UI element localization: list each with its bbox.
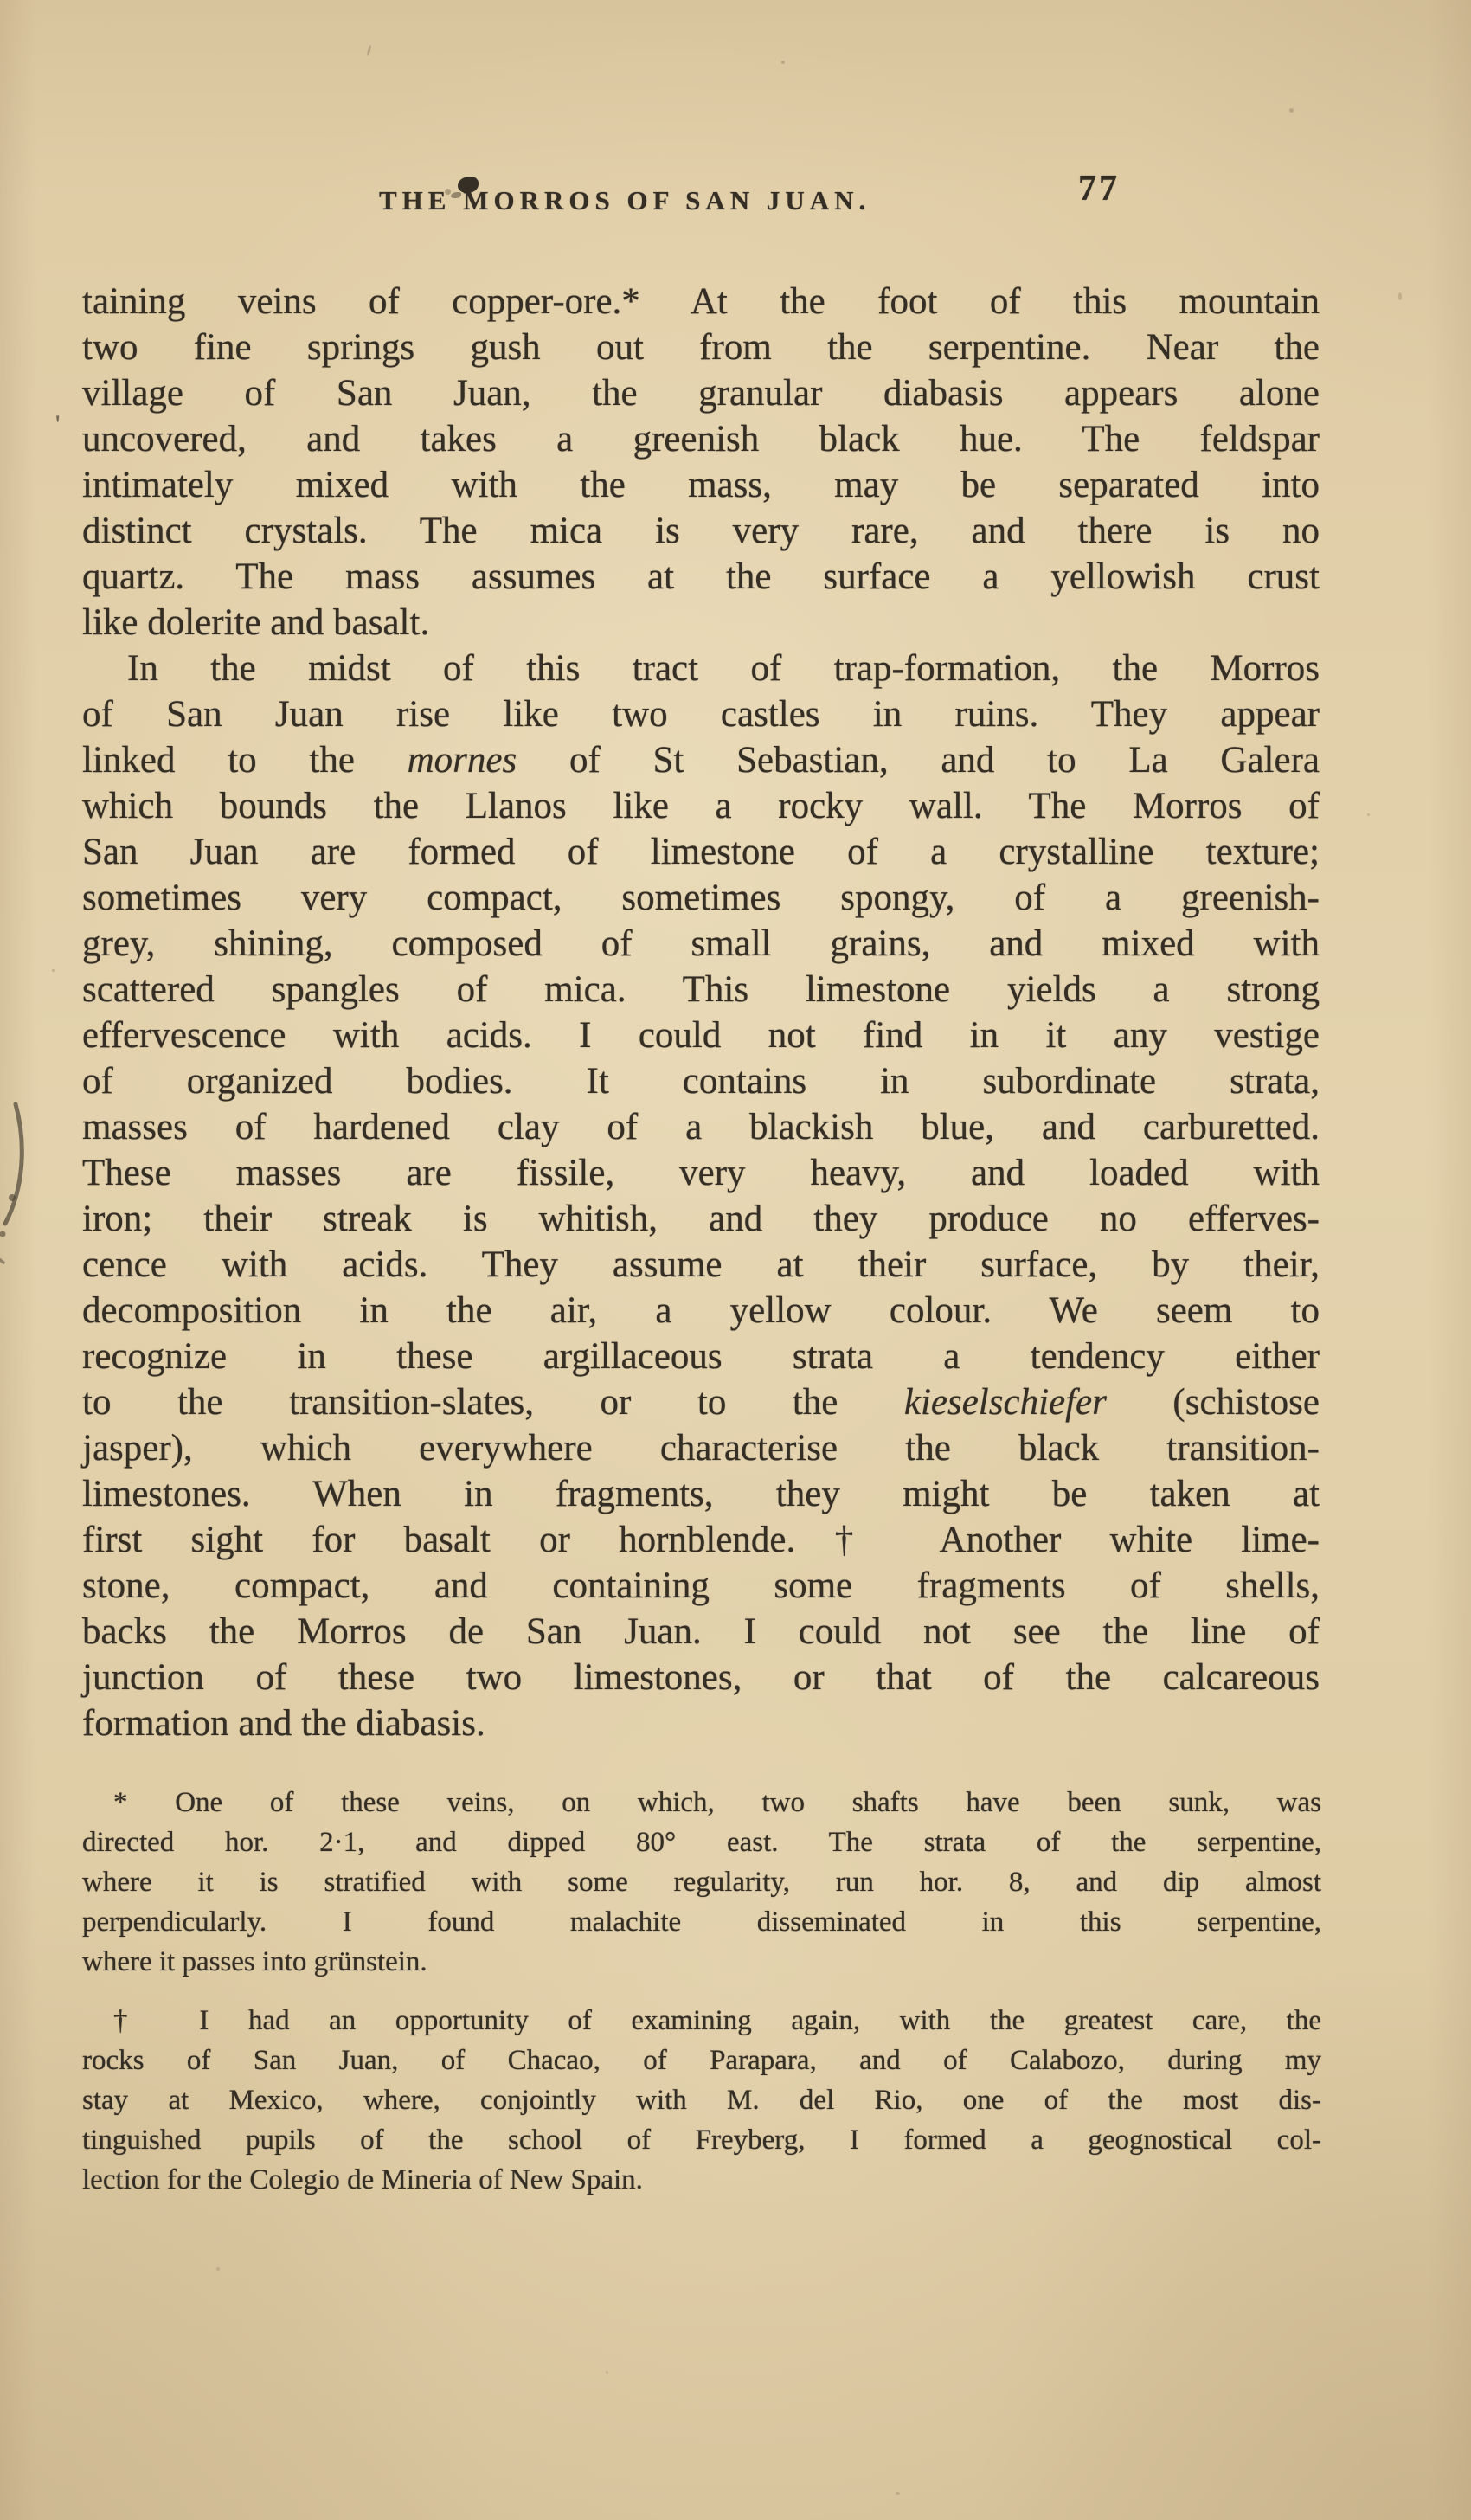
text-line: stone, compact, and containing some frag… xyxy=(82,1563,1320,1609)
main-text: taining veins of copper-ore.* At the foo… xyxy=(82,279,1320,1746)
text-line: decomposition in the air, a yellow colou… xyxy=(82,1288,1320,1334)
text-line: perpendicularly. I found malachite disse… xyxy=(82,1902,1321,1942)
text-line: which bounds the Llanos like a rocky wal… xyxy=(82,783,1320,829)
text-line: to the transition-slates, or to the kies… xyxy=(82,1379,1320,1425)
text-line: distinct crystals. The mica is very rare… xyxy=(82,508,1320,554)
paper-speck xyxy=(781,61,785,64)
paper-speck xyxy=(606,2371,608,2374)
text-line: tinguished pupils of the school of Freyb… xyxy=(82,2120,1321,2160)
text-line: backs the Morros de San Juan. I could no… xyxy=(82,1609,1320,1655)
footnote-dagger: † I had an opportunity of examining agai… xyxy=(82,2001,1321,2200)
text-line: masses of hardened clay of a blackish bl… xyxy=(82,1104,1320,1150)
text-line: linked to the mornes of St Sebastian, an… xyxy=(82,737,1320,783)
text-line: jasper), which everywhere characterise t… xyxy=(82,1425,1320,1471)
paper-speck xyxy=(445,189,451,195)
text-line: scattered spangles of mica. This limesto… xyxy=(82,967,1320,1012)
paper-speck xyxy=(1289,108,1294,112)
paper-speck xyxy=(216,2267,220,2271)
text-line: uncovered, and takes a greenish black hu… xyxy=(82,416,1320,462)
footnote-asterisk: * One of these veins, on which, two shaf… xyxy=(82,1783,1321,1982)
paper-speck xyxy=(1398,292,1402,300)
paper-speck xyxy=(366,45,371,56)
text-line: stay at Mexico, where, conjointly with M… xyxy=(82,2080,1321,2120)
text-line: † I had an opportunity of examining agai… xyxy=(82,2001,1321,2041)
paragraph-morros: In the midst of this tract of trap-forma… xyxy=(82,646,1320,1746)
paper-speck xyxy=(896,2492,900,2495)
text-line: iron; their streak is whitish, and they … xyxy=(82,1196,1320,1242)
text-line: of organized bodies. It contains in subo… xyxy=(82,1058,1320,1104)
text-line: cence with acids. They assume at their s… xyxy=(82,1242,1320,1288)
text-line: formation and the diabasis. xyxy=(82,1700,1320,1746)
text-line: limestones. When in fragments, they migh… xyxy=(82,1471,1320,1517)
text-line: sometimes very compact, sometimes spongy… xyxy=(82,875,1320,921)
book-page: THE MORROS OF SAN JUAN. 77 taining veins… xyxy=(0,0,1471,2520)
text-line: village of San Juan, the granular diabas… xyxy=(82,370,1320,416)
footnotes-section: * One of these veins, on which, two shaf… xyxy=(82,1783,1321,2200)
stray-ink-mark: ' xyxy=(55,410,60,440)
text-line: rocks of San Juan, of Chacao, of Parapar… xyxy=(82,2041,1321,2080)
text-line: grey, shining, composed of small grains,… xyxy=(82,921,1320,967)
text-line: first sight for basalt or hornblende.† A… xyxy=(82,1517,1320,1563)
text-line: where it is stratified with some regular… xyxy=(82,1862,1321,1902)
text-line: San Juan are formed of limestone of a cr… xyxy=(82,829,1320,875)
page-number: 77 xyxy=(1078,168,1120,209)
paper-speck xyxy=(1367,813,1370,816)
text-line: where it passes into grünstein. xyxy=(82,1942,1321,1982)
paper-speck xyxy=(52,969,55,972)
paragraph-continuation: taining veins of copper-ore.* At the foo… xyxy=(82,279,1320,646)
text-line: intimately mixed with the mass, may be s… xyxy=(82,462,1320,508)
text-line: In the midst of this tract of trap-forma… xyxy=(82,646,1320,691)
text-line: like dolerite and basalt. xyxy=(82,600,1320,646)
text-line: junction of these two limestones, or tha… xyxy=(82,1655,1320,1700)
text-line: of San Juan rise like two castles in rui… xyxy=(82,691,1320,737)
text-line: recognize in these argillaceous strata a… xyxy=(82,1334,1320,1379)
text-line: * One of these veins, on which, two shaf… xyxy=(82,1783,1321,1822)
text-line: lection for the Colegio de Mineria of Ne… xyxy=(82,2160,1321,2200)
text-line: effervescence with acids. I could not fi… xyxy=(82,1012,1320,1058)
text-line: directed hor. 2·1, and dipped 80° east. … xyxy=(82,1822,1321,1862)
text-line: two fine springs gush out from the serpe… xyxy=(82,325,1320,370)
text-line: These masses are fissile, very heavy, an… xyxy=(82,1150,1320,1196)
text-line: quartz. The mass assumes at the surface … xyxy=(82,554,1320,600)
text-line: taining veins of copper-ore.* At the foo… xyxy=(82,279,1320,325)
margin-pen-marks xyxy=(0,1097,45,1288)
running-header-title: THE MORROS OF SAN JUAN. xyxy=(379,185,870,216)
